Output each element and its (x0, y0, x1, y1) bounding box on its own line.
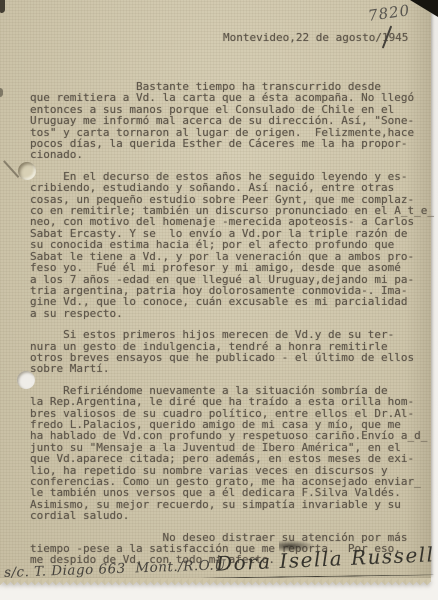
deckled-paper-edge (0, 578, 431, 585)
letter-line: feso yo. Fué él mi profesor y mi amigo, … (30, 262, 435, 273)
letter-line: cribiendo, estudiando y soñando. Así nac… (30, 182, 435, 193)
letter-line: gine Vd., que lo conoce, cuán excusable … (30, 296, 435, 307)
letter-line: pocos días, la querida Esther de Cáceres… (30, 138, 435, 149)
letter-line: que Vd.aparece citada; pero además, en e… (30, 453, 435, 464)
paragraph: Bastante tiempo ha transcurrido desdeque… (30, 81, 435, 161)
letter-body: Bastante tiempo ha transcurrido desdeque… (30, 81, 435, 576)
letter-line: la Rep.Argentina, le diré que ha traído … (30, 396, 435, 407)
letter-line: Uruguay me informó mal acerca de su dire… (30, 115, 435, 126)
punch-hole-top (18, 162, 36, 180)
letter-line: a su respecto. (30, 308, 435, 319)
letter-line: Si estos primeros hijos merecen de Vd.y … (30, 329, 435, 340)
letter-line: cionado. (30, 149, 435, 160)
scan-edge-artifact-top-left (0, 0, 5, 13)
punch-hole-bottom (17, 371, 35, 389)
paragraph: Refiriéndome nuevamente a la situación s… (30, 385, 435, 522)
paragraph: En el decurso de estos años he seguido l… (30, 171, 435, 319)
letter-line: su conocida estima hacia él; por el afec… (30, 239, 435, 250)
paragraph: Si estos primeros hijos merecen de Vd.y … (30, 329, 435, 375)
letter-paper: 7820 Montevideo,22 de agosto/1945 Bastan… (0, 0, 431, 578)
archive-number-handwritten: 7820 (367, 1, 411, 25)
scan-edge-artifact-left (0, 88, 3, 97)
letter-scan: 7820 Montevideo,22 de agosto/1945 Bastan… (0, 0, 438, 600)
letter-line: cordial saludo. (30, 510, 435, 521)
crease-mark (3, 160, 19, 177)
dateline: Montevideo,22 de agosto/1945 (223, 31, 408, 44)
letter-line: sobre Martí. (30, 363, 435, 374)
